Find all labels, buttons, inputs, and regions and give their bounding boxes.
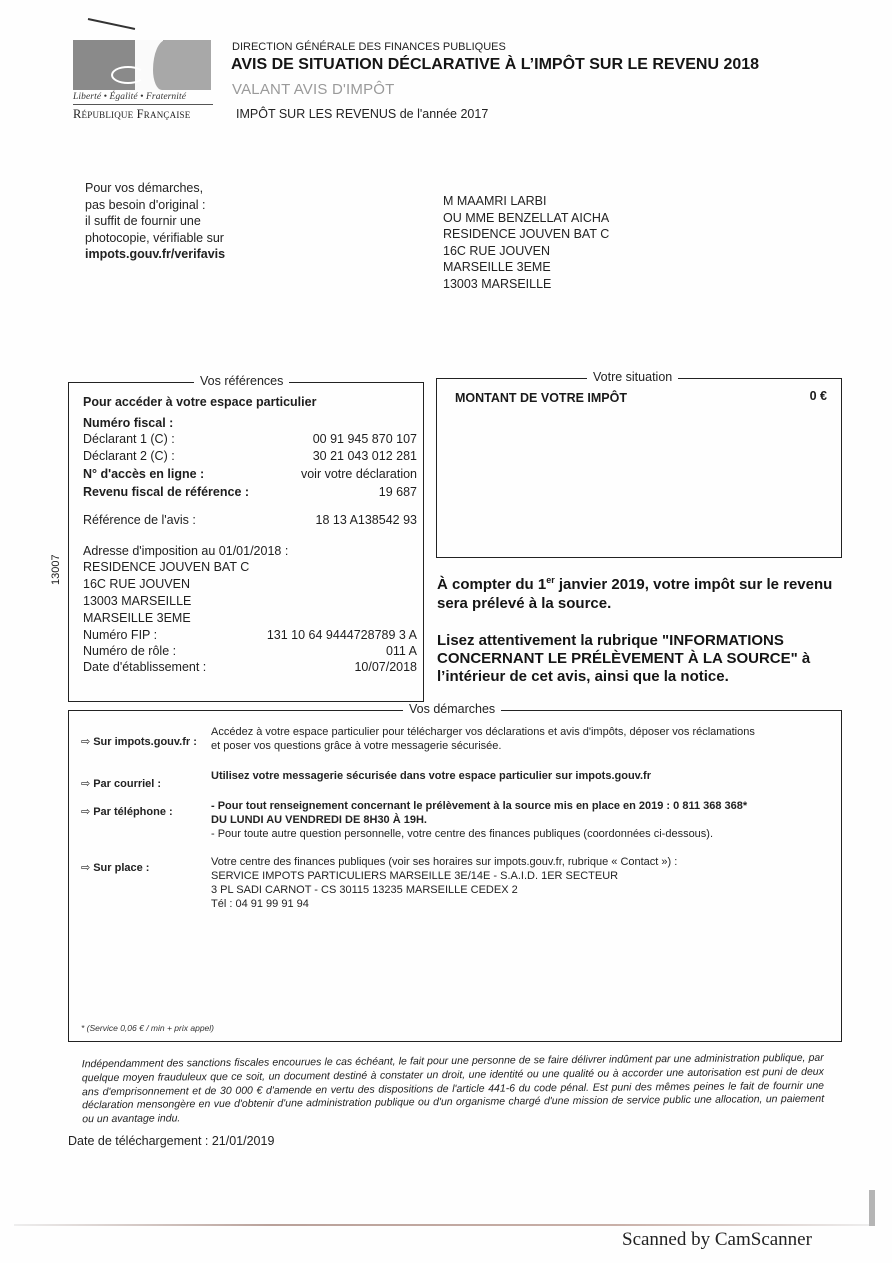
declarant1-value: 00 91 945 870 107 xyxy=(313,432,417,446)
pas-text: À compter du 1 xyxy=(437,576,546,593)
ref-avis-value: 18 13 A138542 93 xyxy=(316,513,418,527)
date-etab-row: Date d'établissement : 10/07/2018 xyxy=(83,660,417,674)
demarche-line: et poser vos questions grâce à votre mes… xyxy=(211,739,755,753)
demarche-line: Tél : 04 91 99 91 94 xyxy=(211,897,677,911)
recipient-line: RESIDENCE JOUVEN BAT C xyxy=(443,226,609,243)
camscanner-watermark: Scanned by CamScanner xyxy=(622,1229,812,1251)
demarche-label-place: ⇨Sur place : xyxy=(81,861,149,874)
role-value: 011 A xyxy=(386,644,417,658)
header-direction: DIRECTION GÉNÉRALE DES FINANCES PUBLIQUE… xyxy=(232,41,506,53)
logo-pen-mark xyxy=(88,18,135,30)
acces-value: voir votre déclaration xyxy=(301,467,417,481)
lisez-notice: Lisez attentivement la rubrique "INFORMA… xyxy=(437,632,847,686)
demarches-legend: Vos démarches xyxy=(403,702,501,716)
demarche-line: - Pour tout renseignement concernant le … xyxy=(211,799,747,813)
marianne-logo-icon xyxy=(73,40,211,90)
recipient-line: M MAAMRI LARBI xyxy=(443,193,609,210)
rfr-label: Revenu fiscal de référence : xyxy=(83,485,249,499)
arrow-right-icon: ⇨ xyxy=(81,862,90,874)
demarche-line: SERVICE IMPOTS PARTICULIERS MARSEILLE 3E… xyxy=(211,869,677,883)
declarant2-row: Déclarant 2 (C) : 30 21 043 012 281 xyxy=(83,449,417,463)
demarche-line: Accédez à votre espace particulier pour … xyxy=(211,725,755,739)
demarche-label-text: Sur place : xyxy=(93,862,149,874)
demarche-line: - Pour toute autre question personnelle,… xyxy=(211,827,747,841)
role-row: Numéro de rôle : 011 A xyxy=(83,644,417,658)
recipient-address: M MAAMRI LARBI OU MME BENZELLAT AICHA RE… xyxy=(443,193,609,293)
fip-row: Numéro FIP : 131 10 64 9444728789 3 A xyxy=(83,628,417,642)
pas-notice: À compter du 1er janvier 2019, votre imp… xyxy=(437,571,847,613)
recipient-line: 16C RUE JOUVEN xyxy=(443,243,609,260)
verification-note: Pour vos démarches, pas besoin d'origina… xyxy=(85,180,225,263)
montant-value: 0 € xyxy=(810,389,827,403)
declarant2-label: Déclarant 2 (C) : xyxy=(83,449,175,463)
republique-francaise: République Française xyxy=(73,107,215,122)
verifavis-link[interactable]: impots.gouv.fr/verifavis xyxy=(85,247,225,261)
arrow-right-icon: ⇨ xyxy=(81,736,90,748)
arrow-right-icon: ⇨ xyxy=(81,806,90,818)
numero-fiscal-label: Numéro fiscal : xyxy=(83,416,173,430)
document-title: AVIS DE SITUATION DÉCLARATIVE À L’IMPÔT … xyxy=(231,56,759,74)
situation-legend: Votre situation xyxy=(587,370,678,384)
references-box: Vos références Pour accéder à votre espa… xyxy=(68,382,424,702)
adresse-line: RESIDENCE JOUVEN BAT C xyxy=(83,560,249,574)
side-code: 13007 xyxy=(50,535,62,585)
demarche-text-telephone: - Pour tout renseignement concernant le … xyxy=(211,799,747,841)
declarant1-label: Déclarant 1 (C) : xyxy=(83,432,175,446)
access-title: Pour accéder à votre espace particulier xyxy=(83,395,316,409)
service-footnote: * (Service 0,06 € / min + prix appel) xyxy=(81,1023,214,1033)
acces-row: N° d'accès en ligne : voir votre déclara… xyxy=(83,467,417,481)
recipient-line: OU MME BENZELLAT AICHA xyxy=(443,210,609,227)
demarche-line: 3 PL SADI CARNOT - CS 30115 13235 MARSEI… xyxy=(211,883,677,897)
recipient-line: MARSEILLE 3EME xyxy=(443,259,609,276)
adresse-line: MARSEILLE 3EME xyxy=(83,611,191,625)
note-line: Pour vos démarches, xyxy=(85,180,225,197)
declarant1-row: Déclarant 1 (C) : 00 91 945 870 107 xyxy=(83,432,417,446)
scan-edge xyxy=(869,1190,875,1226)
pas-sup: er xyxy=(546,575,555,585)
adresse-line: 13003 MARSEILLE xyxy=(83,594,191,608)
date-etab-value: 10/07/2018 xyxy=(354,660,417,674)
demarche-label-text: Par courriel : xyxy=(93,778,161,790)
declarant2-value: 30 21 043 012 281 xyxy=(313,449,417,463)
republic-motto: Liberté • Égalité • Fraternité xyxy=(73,92,213,102)
demarche-label-courriel: ⇨Par courriel : xyxy=(81,777,161,790)
income-year: IMPÔT SUR LES REVENUS de l'année 2017 xyxy=(236,107,488,121)
ref-avis-label: Référence de l'avis : xyxy=(83,513,196,527)
demarches-box: Vos démarches ⇨Sur impots.gouv.fr : Accé… xyxy=(68,710,842,1042)
date-etab-label: Date d'établissement : xyxy=(83,660,206,674)
demarche-label-telephone: ⇨Par téléphone : xyxy=(81,805,173,818)
demarche-text-place: Votre centre des finances publiques (voi… xyxy=(211,855,677,911)
demarche-text-web: Accédez à votre espace particulier pour … xyxy=(211,725,755,753)
demarche-line: DU LUNDI AU VENDREDI DE 8H30 À 19H. xyxy=(211,813,747,827)
montant-label: MONTANT DE VOTRE IMPÔT xyxy=(455,391,627,405)
adresse-label: Adresse d'imposition au 01/01/2018 : xyxy=(83,544,288,558)
rfr-value: 19 687 xyxy=(379,485,417,499)
legal-notice: Indépendamment des sanctions fiscales en… xyxy=(82,1052,825,1127)
note-line: il suffit de fournir une xyxy=(85,213,225,230)
situation-box: Votre situation MONTANT DE VOTRE IMPÔT 0… xyxy=(436,378,842,558)
document-subtitle: VALANT AVIS D'IMPÔT xyxy=(232,81,395,98)
page-edge xyxy=(14,1224,872,1226)
ref-avis-row: Référence de l'avis : 18 13 A138542 93 xyxy=(83,513,417,527)
fip-label: Numéro FIP : xyxy=(83,628,157,642)
download-date: Date de téléchargement : 21/01/2019 xyxy=(68,1134,274,1148)
demarche-line: Votre centre des finances publiques (voi… xyxy=(211,855,677,869)
logo-divider xyxy=(73,104,213,105)
adresse-line: 16C RUE JOUVEN xyxy=(83,577,190,591)
recipient-line: 13003 MARSEILLE xyxy=(443,276,609,293)
note-line: photocopie, vérifiable sur xyxy=(85,230,225,247)
note-line: pas besoin d'original : xyxy=(85,197,225,214)
demarche-label-web: ⇨Sur impots.gouv.fr : xyxy=(81,735,197,748)
role-label: Numéro de rôle : xyxy=(83,644,176,658)
rfr-row: Revenu fiscal de référence : 19 687 xyxy=(83,485,417,499)
demarche-text-courriel: Utilisez votre messagerie sécurisée dans… xyxy=(211,769,651,783)
fip-value: 131 10 64 9444728789 3 A xyxy=(267,628,417,642)
demarche-label-text: Sur impots.gouv.fr : xyxy=(93,736,197,748)
acces-label: N° d'accès en ligne : xyxy=(83,467,204,481)
references-legend: Vos références xyxy=(194,374,289,388)
demarche-line: Utilisez votre messagerie sécurisée dans… xyxy=(211,769,651,783)
demarche-label-text: Par téléphone : xyxy=(93,806,172,818)
arrow-right-icon: ⇨ xyxy=(81,778,90,790)
